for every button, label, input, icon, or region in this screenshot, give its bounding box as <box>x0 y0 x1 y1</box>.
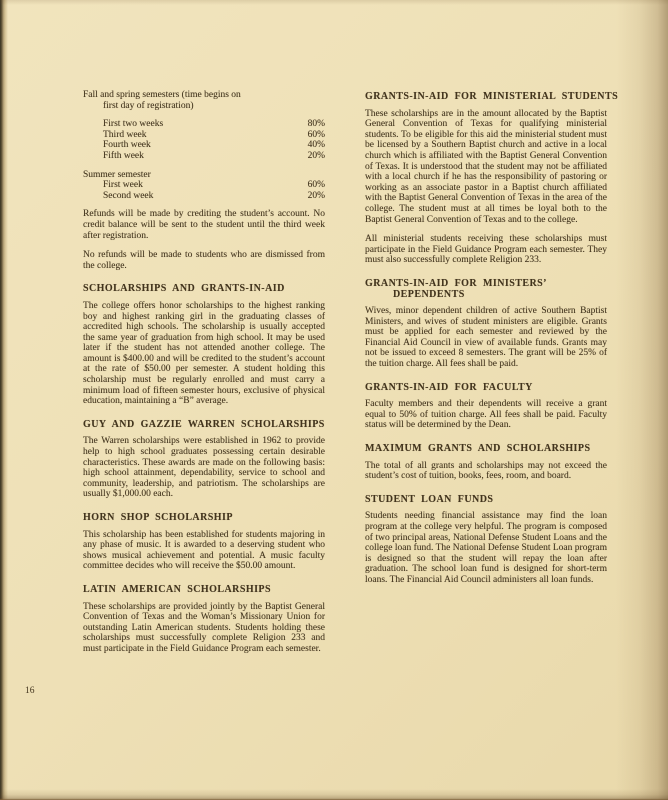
section-heading-scholarships-grants: SCHOLARSHIPS AND GRANTS-IN-AID <box>83 284 325 295</box>
refund-schedule-intro: Fall and spring semesters (time begins o… <box>83 90 325 111</box>
refund-row: Second week 20% <box>83 191 325 202</box>
refund-row-label: Second week <box>103 191 153 202</box>
refund-paragraph: Refunds will be made by crediting the st… <box>83 209 325 241</box>
section-heading-ministerial-students: GRANTS-IN-AID FOR MINISTERIAL STUDENTS <box>365 92 607 103</box>
refund-row-value: 60% <box>308 130 325 141</box>
refund-row-value: 60% <box>308 180 325 191</box>
no-refund-paragraph: No refunds will be made to students who … <box>83 250 325 271</box>
section-paragraph: These scholarships are provided jointly … <box>83 602 325 655</box>
refund-row: Third week 60% <box>83 130 325 141</box>
page-number: 16 <box>25 686 35 696</box>
refund-row: First two weeks 80% <box>83 119 325 130</box>
refund-row-value: 80% <box>308 119 325 130</box>
page-left-edge <box>0 0 8 800</box>
refund-row-label: Fifth week <box>103 151 144 162</box>
refund-row-value: 20% <box>308 191 325 202</box>
heading-line2: DEPENDENTS <box>365 290 607 301</box>
refund-row-label: First two weeks <box>103 119 163 130</box>
refund-table-summer: First week 60% Second week 20% <box>83 180 325 201</box>
section-paragraph: The total of all grants and scholarships… <box>365 461 607 482</box>
section-heading-student-loan-funds: STUDENT LOAN FUNDS <box>365 495 607 506</box>
page-right-shadow <box>616 0 668 800</box>
refund-intro-line2: first day of registration) <box>83 101 325 112</box>
section-heading-warren-scholarships: GUY AND GAZZIE WARREN SCHOLARSHIPS <box>83 420 325 431</box>
refund-row: Fifth week 20% <box>83 151 325 162</box>
left-column: Fall and spring semesters (time begins o… <box>83 90 325 664</box>
section-heading-faculty: GRANTS-IN-AID FOR FACULTY <box>365 383 607 394</box>
section-paragraph: This scholarship has been established fo… <box>83 530 325 572</box>
page-content: Fall and spring semesters (time begins o… <box>83 90 607 664</box>
section-paragraph: The college offers honor scholarships to… <box>83 301 325 407</box>
refund-row-value: 20% <box>308 151 325 162</box>
section-heading-ministers-dependents: GRANTS-IN-AID FOR MINISTERS’ DEPENDENTS <box>365 279 607 300</box>
section-paragraph: Faculty members and their dependents wil… <box>365 399 607 431</box>
section-paragraph: Students needing financial assistance ma… <box>365 511 607 585</box>
refund-row: Fourth week 40% <box>83 140 325 151</box>
page-bottom-edge <box>0 789 668 800</box>
refund-row-value: 40% <box>308 140 325 151</box>
section-paragraph: Wives, minor dependent children of activ… <box>365 306 607 370</box>
scanned-catalog-page: Fall and spring semesters (time begins o… <box>0 0 668 800</box>
section-heading-maximum-grants: MAXIMUM GRANTS AND SCHOLARSHIPS <box>365 444 607 455</box>
refund-row-label: Third week <box>103 130 147 141</box>
refund-row-label: First week <box>103 180 143 191</box>
heading-line1: GRANTS-IN-AID FOR MINISTERS’ <box>365 278 547 289</box>
refund-row-label: Fourth week <box>103 140 151 151</box>
refund-intro-line1: Fall and spring semesters (time begins o… <box>83 90 325 101</box>
section-heading-latin-american: LATIN AMERICAN SCHOLARSHIPS <box>83 585 325 596</box>
section-paragraph: All ministerial students receiving these… <box>365 234 607 266</box>
section-heading-horn-shop: HORN SHOP SCHOLARSHIP <box>83 513 325 524</box>
section-paragraph: These scholarships are in the amount all… <box>365 109 607 226</box>
summer-semester-label: Summer semester <box>83 170 325 181</box>
section-paragraph: The Warren scholarships were established… <box>83 436 325 500</box>
refund-table-fall-spring: First two weeks 80% Third week 60% Fourt… <box>83 119 325 161</box>
page-top-edge <box>0 0 668 5</box>
refund-row: First week 60% <box>83 180 325 191</box>
right-column: GRANTS-IN-AID FOR MINISTERIAL STUDENTS T… <box>365 90 607 664</box>
